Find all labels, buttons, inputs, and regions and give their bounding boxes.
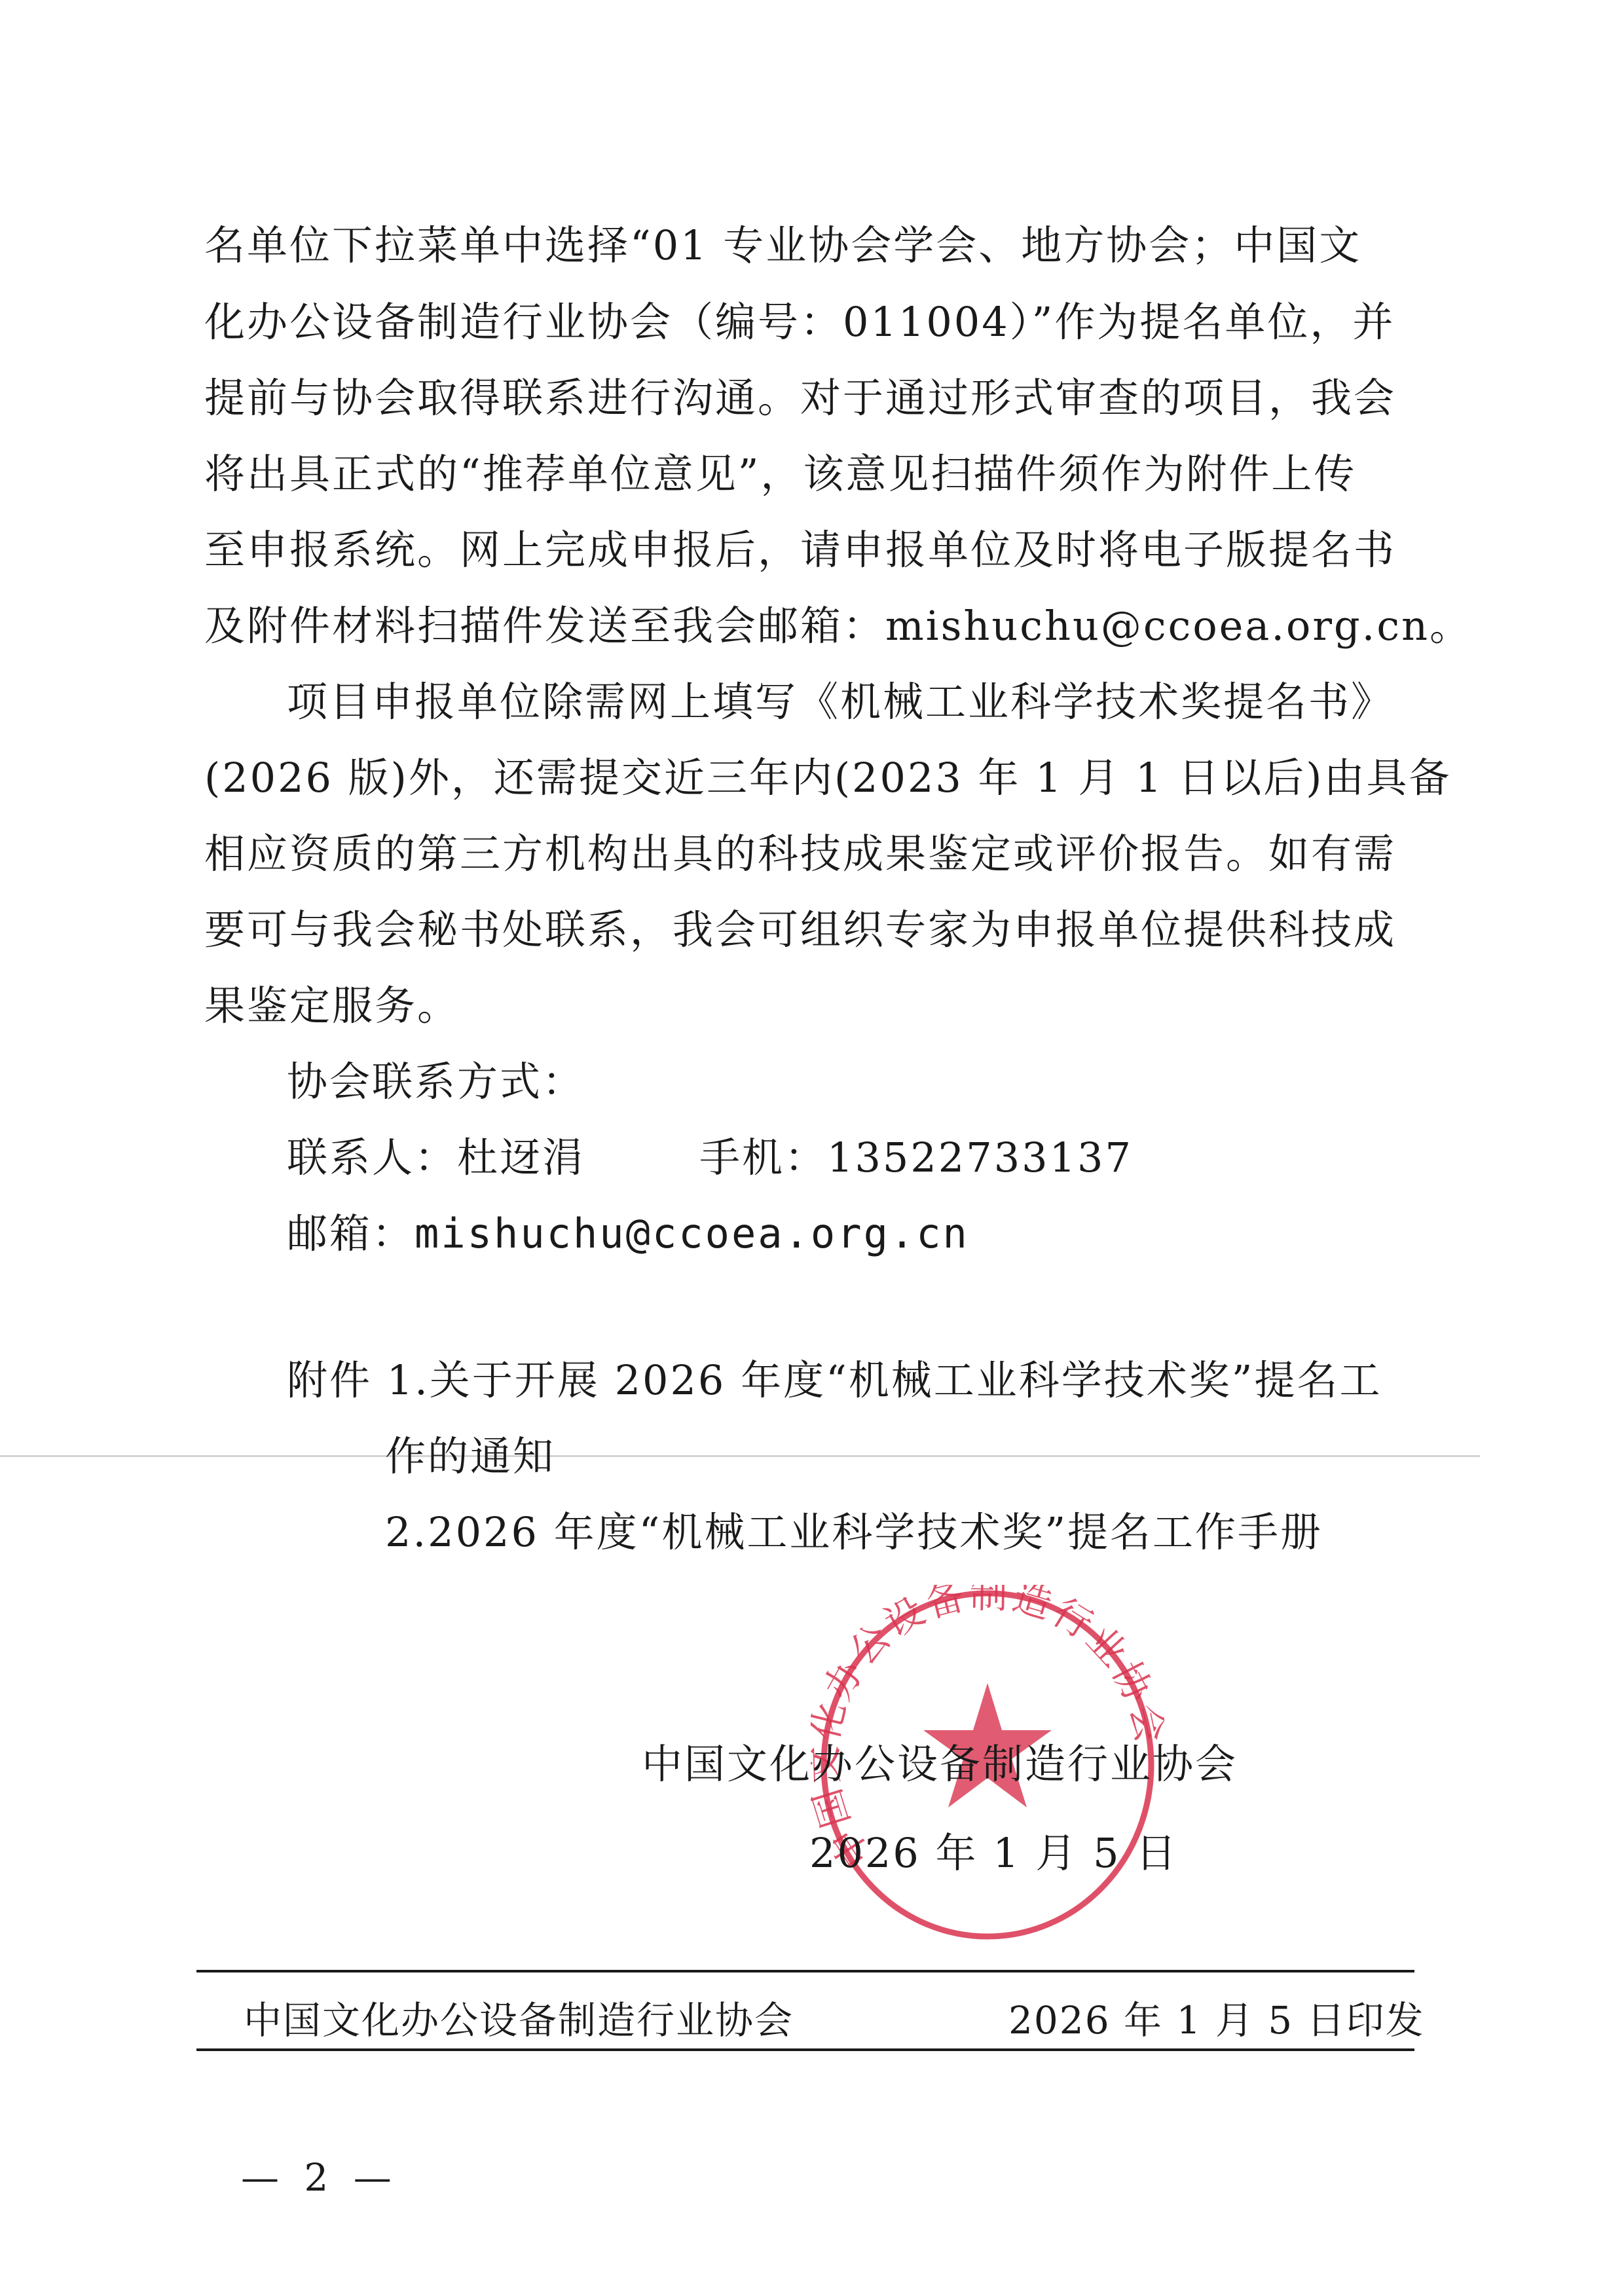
body-line: 果鉴定服务。 [204,980,460,1032]
scan-artifact-line [0,1455,1480,1457]
body-line: 将出具正式的“推荐单位意见”，该意见扫描件须作为附件上传 [204,448,1356,500]
contact-email-label: 邮箱： [287,1210,415,1257]
contact-phone-row: 手机：13522733137 [699,1132,1133,1184]
signature-date: 2026 年 1 月 5 日 [809,1827,1178,1879]
body-line: 及附件材料扫描件发送至我会邮箱：mishuchu@ccoea.org.cn。 [204,600,1472,652]
body-line: 项目申报单位除需网上填写《机械工业科学技术奖提名书》 [287,676,1393,728]
body-line: 提前与协会取得联系进行沟通。对于通过形式审查的项目，我会 [204,372,1396,424]
contact-person-row: 联系人：杜迓涓 [287,1132,585,1184]
footer-bottom-rule [196,2048,1414,2051]
contact-person-label: 联系人： [287,1134,457,1181]
attachment-item-1-cont: 作的通知 [385,1430,555,1483]
contact-phone-label: 手机： [699,1134,827,1181]
signature-organization: 中国文化办公设备制造行业协会 [642,1738,1238,1790]
footer-top-rule [196,1970,1414,1972]
attachment-item-2: 2.2026 年度“机械工业科学技术奖”提名工作手册 [385,1506,1323,1559]
footer-issued-date: 2026 年 1 月 5 日印发 [1008,1997,1425,2043]
contact-heading: 协会联系方式： [287,1056,585,1108]
contact-email-row: 邮箱：mishuchu@ccoea.org.cn [287,1208,969,1260]
footer-issuer: 中国文化办公设备制造行业协会 [244,1997,794,2043]
body-line: 相应资质的第三方机构出具的科技成果鉴定或评价报告。如有需 [204,828,1396,880]
attachment-item-1: 附件 1.关于开展 2026 年度“机械工业科学技术奖”提名工 [287,1354,1382,1407]
page-number: — 2 — [241,2155,398,2200]
contact-phone: 13522733137 [827,1134,1133,1181]
contact-email[interactable]: mishuchu@ccoea.org.cn [415,1210,969,1257]
body-line: 名单位下拉菜单中选择“01 专业协会学会、地方协会；中国文 [204,219,1361,272]
body-line: 至申报系统。网上完成申报后，请申报单位及时将电子版提名书 [204,524,1396,576]
attachment-label: 附件 [287,1356,372,1404]
body-line: 化办公设备制造行业协会（编号：011004）”作为提名单位，并 [204,296,1395,348]
body-line: 要可与我会秘书处联系，我会可组织专家为申报单位提供科技成 [204,904,1396,956]
body-line: (2026 版)外，还需提交近三年内(2023 年 1 月 1 日以后)由具备 [204,752,1451,804]
contact-person-name: 杜迓涓 [457,1134,585,1181]
